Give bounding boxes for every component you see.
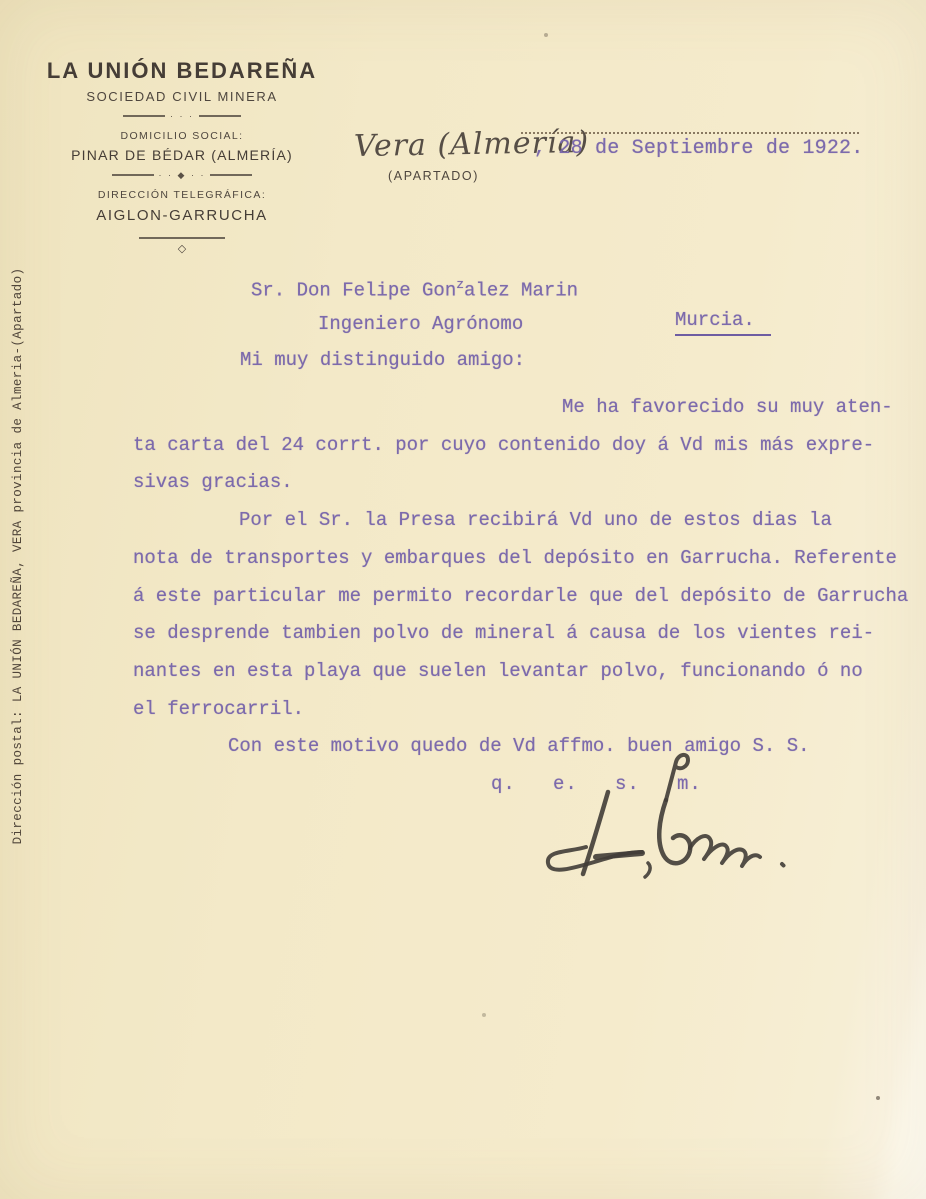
body-line: nantes en esta playa que suelen levantar… <box>133 653 926 691</box>
typed-date: , 28 de Septiembre de 1922. <box>534 137 863 160</box>
recipient-city: Murcia. <box>675 309 771 336</box>
company-name: LA UNIÓN BEDAREÑA <box>36 58 328 84</box>
ornament-dots: · · · <box>170 113 194 119</box>
paper-speck <box>544 33 548 37</box>
ornament-bar <box>123 115 165 117</box>
body-line: se desprende tambien polvo de mineral á … <box>133 615 926 653</box>
divider-ornament: · · · <box>36 113 328 119</box>
ornament-bar <box>112 174 154 176</box>
body-line: sivas gracias. <box>133 464 926 502</box>
telegrafica-value: AIGLON-GARRUCHA <box>36 207 328 224</box>
telegrafica-label: DIRECCIÓN TELEGRÁFICA: <box>36 189 328 201</box>
domicilio-label: DOMICILIO SOCIAL: <box>36 130 328 142</box>
recipient-name-pre: Sr. Don Felipe Gon <box>251 279 456 301</box>
postal-note-vertical: Dirección postal: LA UNIÓN BEDAREÑA, VER… <box>11 256 31 856</box>
paper-speck <box>876 1096 880 1100</box>
divider-ornament: · · ◆ · · <box>36 172 328 178</box>
dotted-leader-line <box>521 132 859 134</box>
ornament-dots: · · ◆ · · <box>159 172 206 178</box>
letterhead: LA UNIÓN BEDAREÑA SOCIEDAD CIVIL MINERA … <box>36 58 328 255</box>
apartado-label: (APARTADO) <box>388 169 479 183</box>
recipient-name-post: alez Marin <box>464 279 578 301</box>
salutation: Mi muy distinguido amigo: <box>240 349 525 371</box>
body-line: Me ha favorecido su muy aten- <box>133 389 926 427</box>
divider-ornament: ◇ <box>36 237 328 255</box>
letter-body: Me ha favorecido su muy aten- ta carta d… <box>133 389 926 804</box>
body-line: nota de transportes y embarques del depó… <box>133 540 926 578</box>
body-line: á este particular me permito recordarle … <box>133 578 926 616</box>
company-subtitle: SOCIEDAD CIVIL MINERA <box>36 89 328 104</box>
body-line: el ferrocarril. <box>133 691 926 729</box>
ornament-bar <box>139 237 225 239</box>
recipient-name-superscript: z <box>456 277 464 292</box>
recipient-city-underlined: Murcia. <box>675 309 771 336</box>
signature-autograph <box>538 750 828 890</box>
ornament-bar <box>199 115 241 117</box>
domicilio-value: PINAR DE BÉDAR (ALMERÍA) <box>36 147 328 163</box>
recipient-title: Ingeniero Agrónomo <box>318 313 523 335</box>
body-line: Por el Sr. la Presa recibirá Vd uno de e… <box>133 502 926 540</box>
diamond-icon: ◇ <box>178 242 186 255</box>
paper-speck <box>482 1013 486 1017</box>
ornament-bar <box>210 174 252 176</box>
recipient-name: Sr. Don Felipe Gonzalez Marin <box>251 277 578 301</box>
letter-scan: LA UNIÓN BEDAREÑA SOCIEDAD CIVIL MINERA … <box>0 0 926 1199</box>
body-line: ta carta del 24 corrt. por cuyo contenid… <box>133 427 926 465</box>
